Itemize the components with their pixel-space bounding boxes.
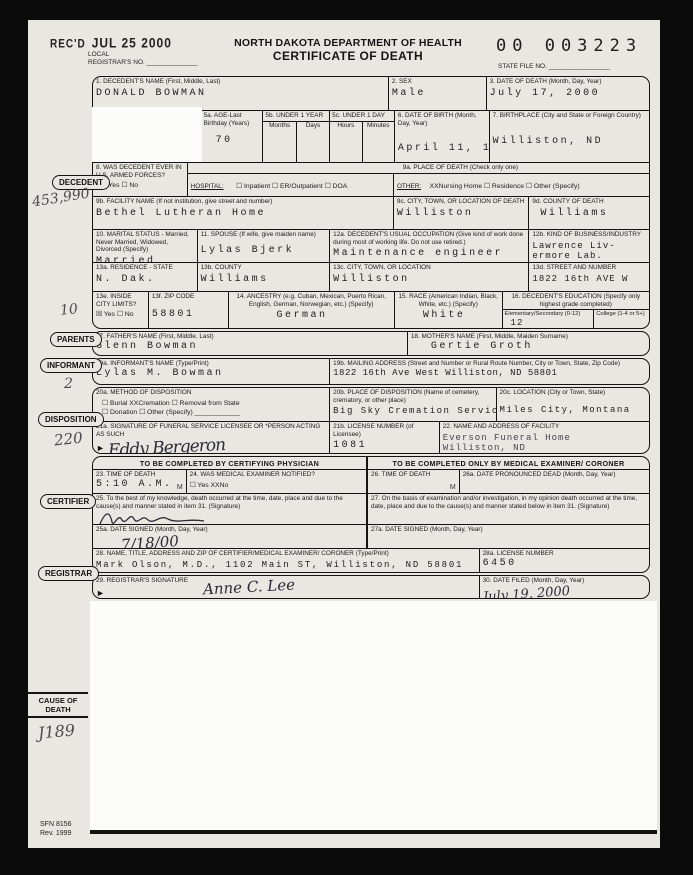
field-date-of-birth: 6. DATE OF BIRTH (Month, Day, Year) Apri… [395, 111, 490, 162]
residence-state-value: N. Dak. [96, 274, 194, 285]
residence-county-value: Williams [201, 274, 327, 285]
me-time-meridiem: M [450, 484, 456, 491]
form-bottom-border [90, 830, 657, 834]
redaction-box-ssn [92, 107, 202, 162]
field-residence-state: 13a. RESIDENCE - STATE N. Dak. [93, 263, 198, 291]
funeral-facility-line1: Everson Funeral Home [443, 433, 646, 443]
residence-street-value: 1822 16th AVE W [532, 274, 646, 284]
recd-label: REC'D [50, 38, 86, 51]
funeral-signature-value: Eddy Bergeron [107, 435, 225, 454]
informant-name-value: Lylas M. Bowman [96, 368, 326, 379]
field-sex: 2. SEX Male [389, 77, 487, 110]
certifier-name-address-value: Mark Olson, M.D., 1102 Main ST, Willisto… [96, 560, 476, 570]
margin-tag-registrar: REGISTRAR [38, 566, 99, 581]
funeral-license-value: 1081 [333, 440, 436, 451]
decedent-name-value: DONALD BOWMAN [96, 88, 385, 99]
field-date-signed: 25a. DATE SIGNED (Month, Day, Year) 7/18… [93, 525, 368, 548]
field-disposition-location: 20c. LOCATION (City or Town, State) Mile… [497, 388, 649, 421]
field-informant-address: 19b. MAILING ADDRESS (Street and Number … [330, 359, 649, 385]
field-father-name: 17. FATHER'S NAME (First, Middle, Last) … [93, 332, 408, 356]
field-residence-city: 13c. CITY, TOWN, OR LOCATION Williston [330, 263, 529, 291]
field-inside-city-limits: 13e. INSIDE CITY LIMITS? ☒ Yes ☐ No [93, 292, 149, 329]
residence-city-value: Williston [333, 274, 525, 285]
field-under-1-year: 5b. UNDER 1 YEAR Months Days [263, 111, 330, 162]
death-certificate-document: REC'DJUL 25 2000 LOCAL REGISTRAR'S NO. _… [28, 20, 660, 848]
margin-handwritten-code: J189 [37, 720, 75, 742]
date-of-death-value: July 17, 2000 [490, 88, 646, 99]
field-place-of-death: 9a. PLACE OF DEATH (Check only one) HOSP… [188, 163, 649, 196]
industry-value-line2: ermore Lab. [532, 251, 646, 261]
race-value: White [423, 310, 499, 321]
field-registrar-signature: 29. REGISTRAR'S SIGNATURE ► Anne C. Lee [93, 576, 480, 599]
field-informant-name: 19a. INFORMANT'S NAME (Type/Print) Lylas… [93, 359, 330, 385]
medical-examiner-section-header: TO BE COMPLETED ONLY BY MEDICAL EXAMINER… [368, 457, 649, 469]
field-spouse: 11. SPOUSE (If wife, give maiden name) L… [198, 230, 331, 262]
field-me-certification: 27. On the basis of examination and/or i… [368, 494, 649, 524]
zip-code-value: 58801 [152, 309, 225, 320]
physician-section-header: TO BE COMPLETED BY CERTIFYING PHYSICIAN [93, 457, 368, 469]
field-education: 16. DECEDENT'S EDUCATION (Specify only h… [503, 292, 649, 329]
field-physician-certification: 25. To the best of my knowledge, death o… [93, 494, 368, 524]
field-residence-street: 13d. STREET AND NUMBER 1822 16th AVE W [529, 263, 649, 291]
field-county-of-death: 9d. COUNTY OF DEATH Williams [529, 197, 649, 229]
education-college: College (1-4 or 5+) [594, 310, 649, 329]
field-occupation: 12a. DECEDENT'S USUAL OCCUPATION (Give k… [330, 230, 529, 262]
field-age: 5a. AGE-Last Birthday (Years) 70 [201, 111, 264, 162]
redaction-box-cause-of-death [90, 601, 657, 832]
inside-city-checkboxes: ☒ Yes ☐ No [96, 310, 145, 318]
other-checkboxes: XXNursing Home ☐ Residence ☐ Other (Spec… [430, 183, 580, 190]
field-date-of-death: 3. DATE OF DEATH (Month, Day, Year) July… [487, 77, 649, 110]
place-of-death-other: OTHER: XXNursing Home ☐ Residence ☐ Othe… [394, 174, 649, 196]
field-time-of-death: 23. TIME OF DEATH 5:10 A.M. M [93, 470, 187, 493]
city-of-death-value: Williston [397, 208, 526, 219]
field-zip-code: 13f. ZIP CODE 58801 [149, 292, 229, 329]
funeral-facility-line2: Williston, ND [443, 443, 646, 453]
mother-name-value: Gertie Groth [431, 341, 646, 352]
education-value: 12 [511, 318, 592, 328]
informant-section: 19a. INFORMANT'S NAME (Type/Print) Lylas… [92, 358, 650, 385]
field-residence-county: 13b. COUNTY Williams [198, 263, 331, 291]
registrar-section: 29. REGISTRAR'S SIGNATURE ► Anne C. Lee … [92, 575, 650, 599]
field-under-1-day: 5c. UNDER 1 DAY Hours Minutes [330, 111, 395, 162]
parents-section: 17. FATHER'S NAME (First, Middle, Last) … [92, 331, 650, 356]
hospital-checkboxes: ☐ Inpatient ☐ ER/Outpatient ☐ DOA [236, 183, 347, 190]
field-certifier-name-address: 28. NAME, TITLE, ADDRESS AND ZIP OF CERT… [93, 549, 480, 573]
margin-handwritten-10: 10 [59, 301, 78, 319]
ancestry-value: German [277, 310, 391, 321]
field-me-time-of-death: 26. TIME OF DEATH M [368, 470, 460, 493]
field-marital-status: 10. MARITAL STATUS - Married, Never Marr… [93, 230, 198, 262]
time-of-death-value: 5:10 A.M. [96, 479, 183, 490]
education-elementary: Elementary/Secondary (0-12) 12 [503, 310, 595, 329]
field-facility-name: 9b. FACILITY NAME (If not institution, g… [93, 197, 394, 229]
field-place-of-disposition: 20b. PLACE OF DISPOSITION (Name of cemet… [330, 388, 496, 421]
field-race: 15. RACE (American Indian, Black, White,… [395, 292, 503, 329]
received-date-stamp: REC'DJUL 25 2000 [50, 35, 172, 51]
field-method-of-disposition: 20a. METHOD OF DISPOSITION ☐ Burial XXCr… [93, 388, 330, 421]
date-signed-value: 7/18/00 [120, 532, 179, 548]
margin-tag-certifier: CERTIFIER [40, 494, 96, 509]
field-decedent-name: 1. DECEDENT'S NAME (First, Middle, Last)… [93, 77, 389, 110]
field-funeral-license: 21b. LICENSE NUMBER (of Licensee) 1081 [330, 422, 440, 454]
field-date-pronounced-dead: 26a. DATE PRONOUNCED DEAD (Month, Day, Y… [460, 470, 649, 493]
time-meridiem: M [177, 484, 183, 491]
father-name-value: Glenn Bowman [96, 341, 404, 352]
margin-tag-disposition: DISPOSITION [38, 412, 104, 427]
sex-value: Male [392, 88, 483, 99]
state-file-no: STATE FILE NO. _________________ [498, 63, 610, 70]
field-me-notified: 24. WAS MEDICAL EXAMINER NOTIFIED? ☐ Yes… [187, 470, 368, 493]
field-ancestry: 14. ANCESTRY (e.g. Cuban, Mexican, Puert… [229, 292, 395, 329]
birthplace-value: Williston, ND [493, 136, 646, 147]
physician-signature-scrawl [96, 510, 216, 524]
informant-address-value: 1822 16th Ave West Williston, ND 58801 [333, 368, 646, 378]
registrar-signature-value: Anne C. Lee [203, 576, 296, 598]
field-birthplace: 7. BIRTHPLACE (City and State or Foreign… [490, 111, 649, 162]
margin-handwritten-number: 453,990 [31, 186, 91, 211]
disposition-checkboxes-line1: ☐ Burial XXCremation ☐ Removal from Stat… [102, 399, 326, 407]
industry-value-line1: Lawrence Liv- [532, 241, 646, 251]
margin-tag-parents: PARENTS [50, 332, 102, 347]
certificate-number: 00 003223 [496, 36, 642, 56]
margin-handwritten-220: 220 [53, 429, 83, 450]
field-me-date-signed: 27a. DATE SIGNED (Month, Day, Year) [368, 525, 649, 548]
form-number: SFN 8156 Rev. 1999 [40, 820, 72, 838]
document-title: NORTH DAKOTA DEPARTMENT OF HEALTH CERTIF… [178, 37, 518, 63]
certifier-section: TO BE COMPLETED BY CERTIFYING PHYSICIAN … [92, 456, 650, 573]
field-mother-name: 18. MOTHER'S NAME (First, Middle, Maiden… [408, 332, 649, 356]
margin-tag-cause-of-death: CAUSE OF DEATH [28, 692, 88, 718]
certifier-license-value: 6450 [483, 558, 646, 569]
arrow-icon: ► [96, 443, 105, 453]
disposition-section: 20a. METHOD OF DISPOSITION ☐ Burial XXCr… [92, 387, 650, 454]
recd-date: JUL 25 2000 [92, 35, 172, 51]
field-funeral-facility: 22. NAME AND ADDRESS OF FACILITY Everson… [440, 422, 649, 454]
county-of-death-value: Williams [540, 208, 646, 219]
disposition-checkboxes-line2: ☐ Donation ☐ Other (Specify) ___________… [102, 408, 326, 416]
place-of-death-hospital: HOSPITAL: ☐ Inpatient ☐ ER/Outpatient ☐ … [188, 174, 394, 196]
date-of-birth-value: April 11, 1930 [398, 143, 486, 154]
place-of-disposition-value: Big Sky Cremation Services [333, 406, 492, 416]
field-date-filed: 30. DATE FILED (Month, Day, Year) July 1… [480, 576, 649, 599]
margin-tag-informant: INFORMANT [40, 358, 102, 373]
occupation-value: Maintenance engineer [333, 248, 525, 259]
field-certifier-license: 28a. LICENSE NUMBER 6450 [480, 549, 649, 573]
spouse-value: Lylas Bjerk [201, 245, 327, 256]
field-city-of-death: 9c. CITY, TOWN, OR LOCATION OF DEATH Wil… [394, 197, 530, 229]
date-filed-value: July 19, 2000 [482, 584, 570, 599]
field-funeral-signature: 21a. SIGNATURE OF FUNERAL SERVICE LICENS… [93, 422, 330, 454]
field-industry: 12b. KIND OF BUSINESS/INDUSTRY Lawrence … [529, 230, 649, 262]
marital-status-value: Married [96, 256, 194, 262]
me-notified-checkboxes: ☐ Yes XXNo [190, 481, 363, 489]
arrow-icon: ► [96, 588, 105, 598]
margin-handwritten-2: 2 [64, 376, 73, 392]
facility-name-value: Bethel Lutheran Home [96, 208, 390, 219]
age-value: 70 [216, 135, 260, 146]
disposition-location-value: Miles City, Montana [500, 405, 646, 415]
